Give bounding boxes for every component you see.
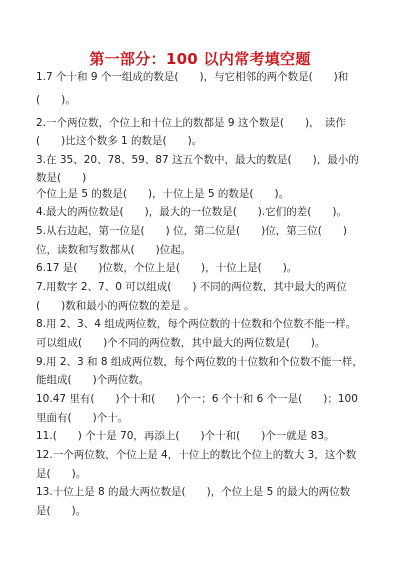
question-7-line-2: ( )数和最小的两位数的差是 。 (36, 299, 372, 313)
question-7-line-1: 7.用数字 2、7、0 可以组成( ) 不同的两位数，其中最大的两位 (36, 280, 372, 294)
question-5-line-2: 位，读数和写数都从( )位起。 (36, 243, 372, 257)
question-13-line-1: 13.十位上是 8 的最大两位数是( )，个位上是 5 的最大的两位数 (36, 485, 372, 499)
question-1-line-1: 1.7 个十和 9 个一组成的数是( )，与它相邻的两个数是( )和 (36, 70, 372, 84)
question-3-line-2: 数是( ) (36, 171, 372, 185)
page-title: 第一部分：100 以内常考填空题 (0, 48, 400, 69)
question-3-line-1: 3.在 35、20、78、59、87 这五个数中，最大的数是( )，最小的 (36, 153, 372, 167)
question-2-line-2: ( )比这个数多 1 的数是( )。 (36, 134, 372, 148)
question-9-line-2: 能组成( )个两位数。 (36, 373, 372, 387)
question-10-line-1: 10.47 里有( )个十和( )个一；6 个十和 6 个一是( )；100 (36, 392, 372, 406)
question-4-line-1: 4.最大的两位数是( )，最大的一位数是( ).它们的差( )。 (36, 205, 372, 219)
question-8-line-2: 可以组成( )个不同的两位数，其中最大的两位数是( )。 (36, 336, 372, 350)
question-13-line-2: 是( )。 (36, 504, 372, 518)
question-5-line-1: 5.从右边起，第一位是( ) 位，第二位是( )位，第三位( ) (36, 224, 372, 238)
question-12-line-2: 是( )。 (36, 467, 372, 481)
document-page: 第一部分：100 以内常考填空题 1.7 个十和 9 个一组成的数是( )，与它… (0, 0, 400, 566)
question-10-line-2: 里面有( )个十。 (36, 411, 372, 425)
question-8-line-1: 8.用 2、3、4 组成两位数，每个两位数的十位数和个位数不能一样。 (36, 317, 372, 331)
question-6-line-1: 6.17 是( )位数，个位上是( )，十位上是( )。 (36, 261, 372, 275)
question-12-line-1: 12.一个两位数，个位上是 4，十位上的数比个位上的数大 3，这个数 (36, 448, 372, 462)
question-3-line-3: 个位上是 5 的数是( )，十位上是 5 的数是( )。 (36, 187, 372, 201)
question-9-line-1: 9.用 2、3 和 8 组成两位数，每个两位数的十位数和个位数不能一样， (36, 355, 372, 369)
question-2-line-1: 2.一个两位数，个位上和十位上的数都是 9 这个数是( )， 读作 (36, 116, 372, 130)
question-11-line-1: 11.( ) 个十是 70，再添上( )个十和( )个一就是 83。 (36, 429, 372, 443)
question-1-line-2: ( )。 (36, 93, 372, 107)
